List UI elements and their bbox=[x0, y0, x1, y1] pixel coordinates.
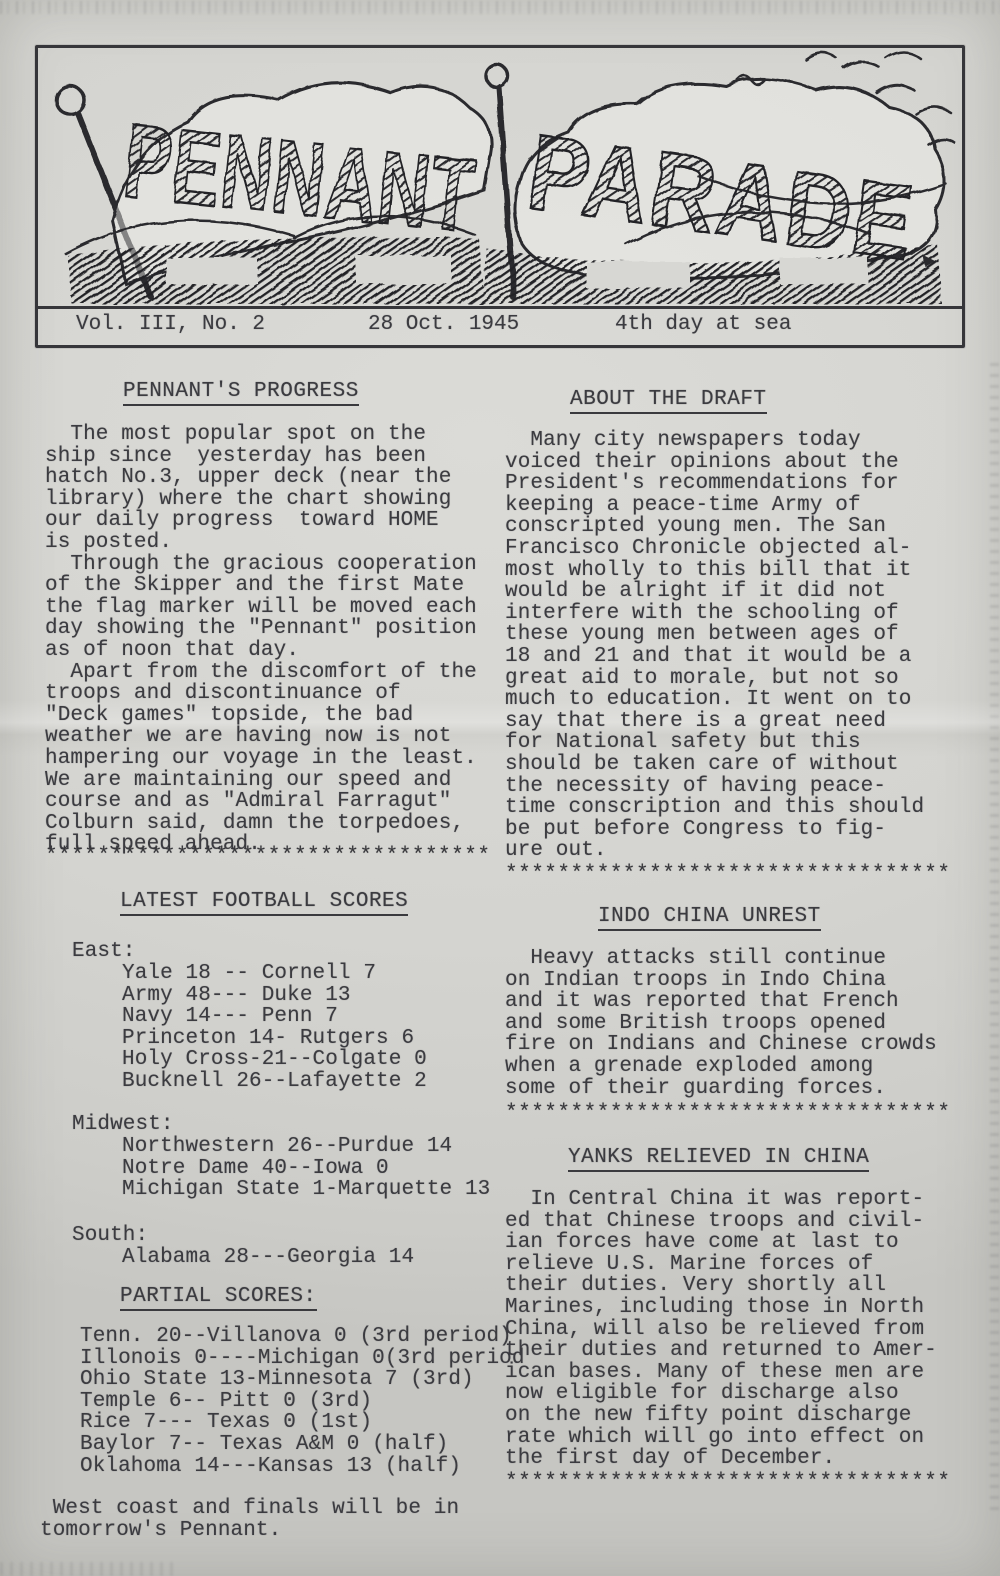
score-line: Princeton 14- Rutgers 6 bbox=[122, 1028, 427, 1050]
score-line: Northwestern 26--Purdue 14 bbox=[122, 1136, 490, 1158]
score-group-lines-south: Alabama 28---Georgia 14 bbox=[122, 1247, 414, 1269]
cloud-stroke-3 bbox=[886, 52, 920, 58]
article-yanks-heading: YANKS RELIEVED IN CHINA bbox=[568, 1146, 869, 1172]
scan-smudge-bottom bbox=[0, 1562, 180, 1576]
score-line: Navy 14--- Penn 7 bbox=[122, 1006, 427, 1028]
score-line: Baylor 7-- Texas A&M 0 (half) bbox=[80, 1434, 525, 1456]
partial-scores-heading: PARTIAL SCORES: bbox=[120, 1285, 317, 1311]
football-scores-heading: LATEST FOOTBALL SCORES bbox=[120, 890, 408, 916]
newsletter-page: PENNANT PARADE Vol. III, No. 2 28 Oct. 1… bbox=[0, 0, 1000, 1576]
section-divider: ********************************** bbox=[505, 1102, 950, 1125]
score-group-lines-east: Yale 18 -- Cornell 7Army 48--- Duke 13Na… bbox=[122, 963, 427, 1093]
score-line: Holy Cross-21--Colgate 0 bbox=[122, 1049, 427, 1071]
article-progress-body: The most popular spot on the ship since … bbox=[45, 424, 515, 856]
flagpole-ball-middle bbox=[486, 65, 508, 87]
band-notch-3 bbox=[586, 262, 690, 288]
cloud-stroke-2 bbox=[844, 61, 878, 68]
bleedthrough-noise-top bbox=[0, 1, 1000, 14]
score-line: Alabama 28---Georgia 14 bbox=[122, 1247, 414, 1269]
article-progress-title: PENNANT'S PROGRESS bbox=[123, 380, 359, 406]
cloud-stroke-5 bbox=[916, 107, 950, 114]
scores-footnote: West coast and finals will be in tomorro… bbox=[40, 1498, 459, 1541]
article-indochina-heading: INDO CHINA UNREST bbox=[598, 905, 821, 931]
score-line: Ohio State 13-Minnesota 7 (3rd) bbox=[80, 1369, 525, 1391]
cloud-stroke-4 bbox=[876, 84, 914, 92]
score-line: Yale 18 -- Cornell 7 bbox=[122, 963, 427, 985]
score-line: Illonois 0----Michigan 0(3rd period bbox=[80, 1348, 525, 1370]
band-notch-2 bbox=[356, 256, 452, 284]
section-divider: ********************************** bbox=[505, 1471, 950, 1494]
partial-scores-title: PARTIAL SCORES: bbox=[120, 1285, 317, 1311]
score-line: Temple 6-- Pitt 0 (3rd) bbox=[80, 1391, 525, 1413]
section-divider: ********************************** bbox=[505, 863, 950, 886]
article-draft-body: Many city newspapers today voiced their … bbox=[505, 430, 965, 862]
article-indochina-title: INDO CHINA UNREST bbox=[598, 905, 821, 931]
masthead: PENNANT PARADE Vol. III, No. 2 28 Oct. 1… bbox=[35, 45, 965, 348]
score-group-label-east: East: bbox=[72, 941, 136, 963]
score-line: Bucknell 26--Lafayette 2 bbox=[122, 1071, 427, 1093]
football-scores-title: LATEST FOOTBALL SCORES bbox=[120, 890, 408, 916]
issue-date: 28 Oct. 1945 bbox=[368, 313, 519, 336]
article-yanks-title: YANKS RELIEVED IN CHINA bbox=[568, 1146, 869, 1172]
masthead-info-strip: Vol. III, No. 2 28 Oct. 1945 4th day at … bbox=[38, 306, 962, 345]
score-group-label-south: South: bbox=[72, 1225, 148, 1247]
volume-number: Vol. III, No. 2 bbox=[76, 313, 265, 336]
score-line: Notre Dame 40--Iowa 0 bbox=[122, 1158, 490, 1180]
partial-scores-lines: Tenn. 20--Villanova 0 (3rd period)Illono… bbox=[80, 1326, 525, 1477]
section-divider: ********************************** bbox=[45, 845, 490, 868]
band-notch-1 bbox=[166, 258, 258, 284]
score-line: Tenn. 20--Villanova 0 (3rd period) bbox=[80, 1326, 525, 1348]
cloud-stroke-1 bbox=[806, 53, 836, 60]
score-group-label-midwest: Midwest: bbox=[72, 1114, 174, 1136]
article-progress-heading: PENNANT'S PROGRESS bbox=[123, 380, 359, 406]
article-draft-heading: ABOUT THE DRAFT bbox=[570, 388, 767, 414]
score-line: Army 48--- Duke 13 bbox=[122, 985, 427, 1007]
score-line: Rice 7--- Texas 0 (1st) bbox=[80, 1412, 525, 1434]
day-at-sea-note: 4th day at sea bbox=[615, 313, 791, 336]
masthead-illustration: PENNANT PARADE bbox=[38, 48, 962, 306]
score-line: Michigan State 1-Marquette 13 bbox=[122, 1179, 490, 1201]
score-group-lines-midwest: Northwestern 26--Purdue 14Notre Dame 40-… bbox=[122, 1136, 490, 1201]
score-line: Oklahoma 14---Kansas 13 (half) bbox=[80, 1456, 525, 1478]
bleedthrough-noise-right bbox=[990, 360, 999, 1510]
article-yanks-body: In Central China it was report- ed that … bbox=[505, 1189, 965, 1470]
article-indochina-body: Heavy attacks still continue on Indian t… bbox=[505, 948, 965, 1099]
flagpole-ball-left bbox=[56, 86, 84, 114]
article-draft-title: ABOUT THE DRAFT bbox=[570, 388, 767, 414]
